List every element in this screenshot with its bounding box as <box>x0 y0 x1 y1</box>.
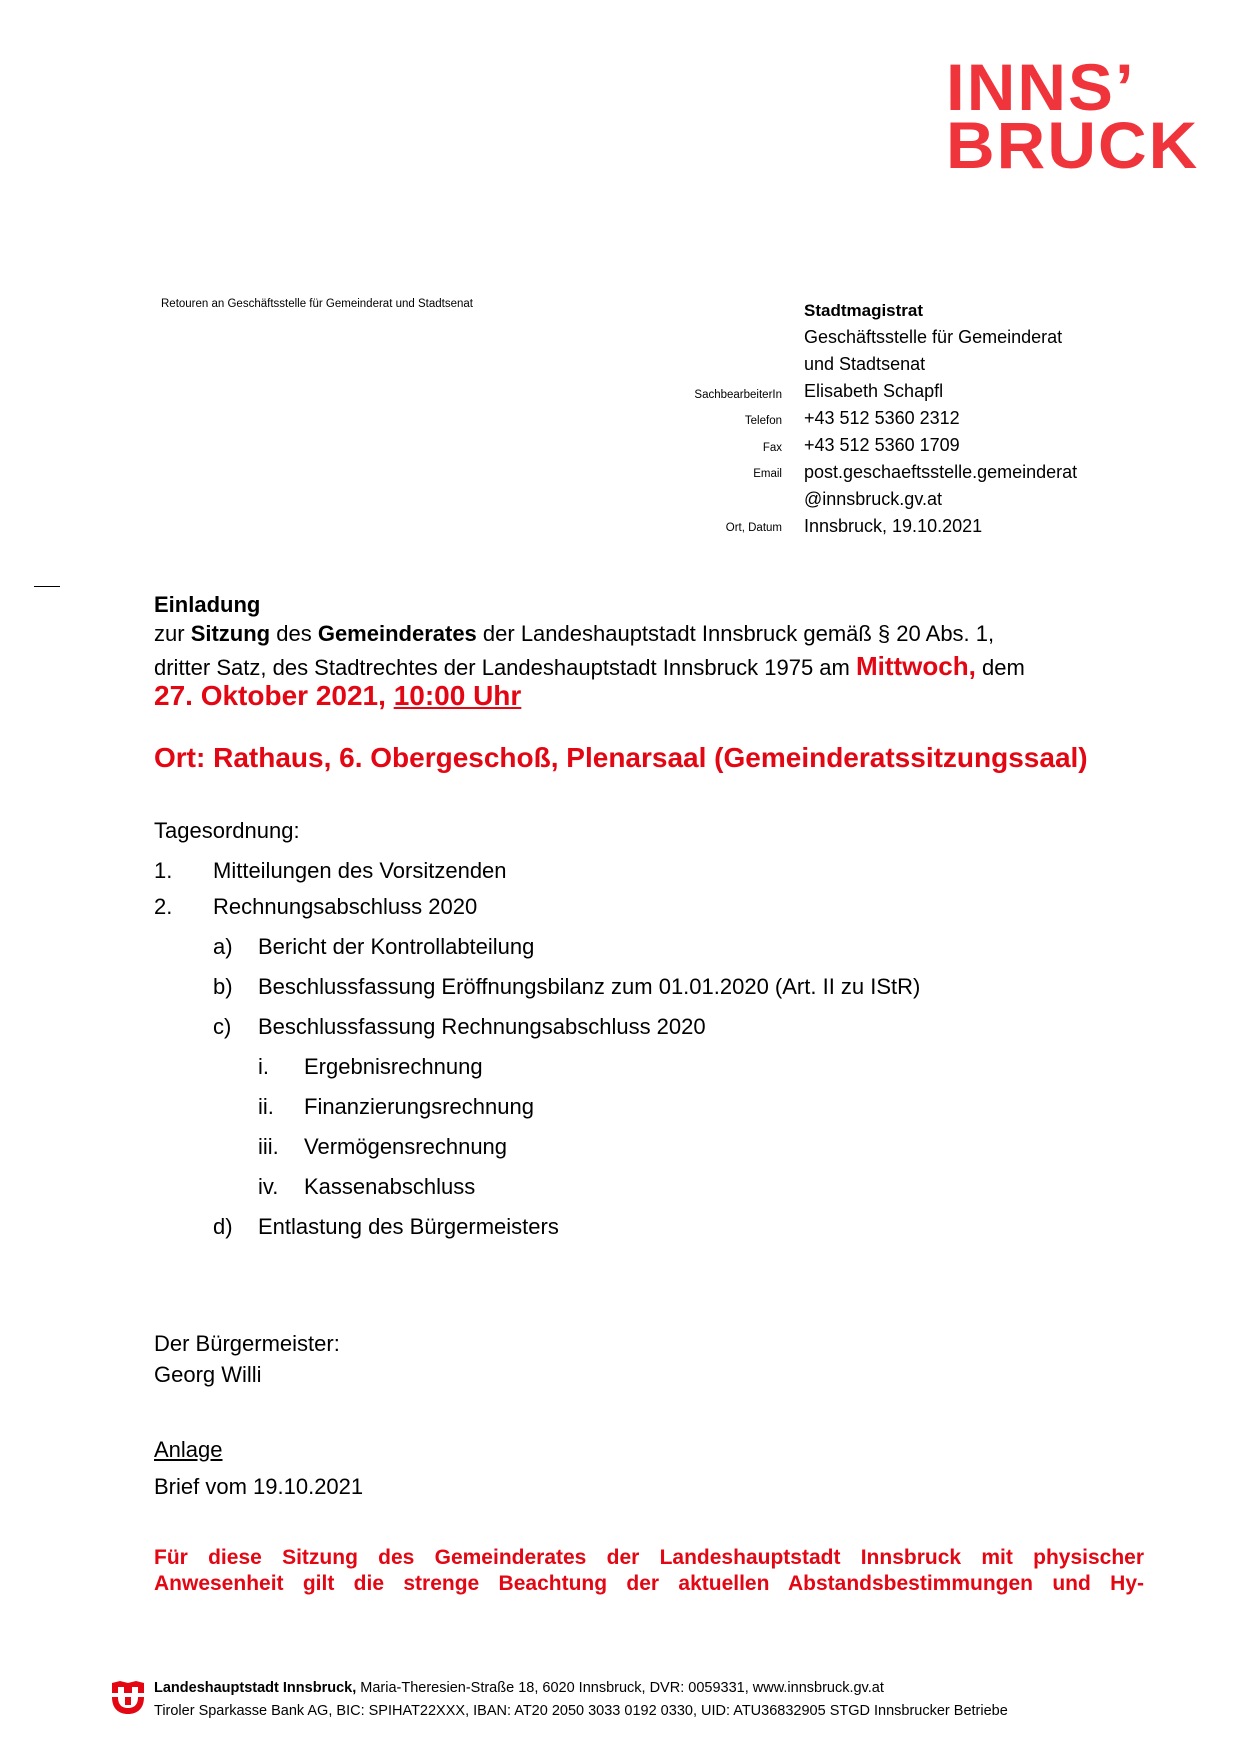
text: dritter Satz, des Stadtrechtes der Lande… <box>154 655 856 680</box>
attachment-label: Anlage <box>154 1437 223 1463</box>
label-clerk: SachbearbeiterIn <box>694 389 782 401</box>
text: des <box>270 621 318 646</box>
text-bold-gemeinderates: Gemeinderates <box>318 621 477 646</box>
label-phone: Telefon <box>745 415 782 427</box>
invitation-line-2: dritter Satz, des Stadtrechtes der Lande… <box>154 651 1025 682</box>
footer-org: Landeshauptstadt Innsbruck, <box>154 1680 356 1696</box>
agenda-text: Beschlussfassung Eröffnungsbilanz zum 01… <box>258 974 920 1000</box>
meeting-datetime: 27. Oktober 2021, 10:00 Uhr <box>154 680 521 712</box>
agenda-num: iv. <box>258 1174 278 1200</box>
footer-address: Maria-Theresien-Straße 18, 6020 Innsbruc… <box>356 1680 884 1696</box>
label-place-date: Ort, Datum <box>726 522 782 534</box>
agenda-text: Rechnungsabschluss 2020 <box>213 894 477 920</box>
signature-title: Der Bürgermeister: <box>154 1331 340 1357</box>
sender-dept-line-2: und Stadtsenat <box>804 351 1077 378</box>
label-fax: Fax <box>763 442 782 454</box>
text-bold-sitzung: Sitzung <box>191 621 270 646</box>
sender-place-date: Innsbruck, 19.10.2021 <box>804 513 1077 540</box>
return-address: Retouren an Geschäftsstelle für Gemeinde… <box>161 298 473 310</box>
agenda-num: ii. <box>258 1094 274 1120</box>
agenda-num: 1. <box>154 858 172 884</box>
agenda-text: Ergebnisrechnung <box>304 1054 483 1080</box>
agenda-title: Tagesordnung: <box>154 818 300 844</box>
signature-name: Georg Willi <box>154 1362 262 1388</box>
innsbruck-coat-of-arms-icon <box>110 1679 146 1715</box>
innsbruck-logo: INNS’ BRUCK <box>946 58 1199 174</box>
text: dem <box>976 655 1025 680</box>
meeting-time: 10:00 Uhr <box>394 680 522 711</box>
invitation-line-1: zur Sitzung des Gemeinderates der Landes… <box>154 621 994 647</box>
sender-email-line-2[interactable]: @innsbruck.gv.at <box>804 486 1077 513</box>
meeting-weekday: Mittwoch, <box>856 651 976 681</box>
agenda-num: i. <box>258 1054 269 1080</box>
footer-line-2: Tiroler Sparkasse Bank AG, BIC: SPIHAT22… <box>154 1703 1008 1719</box>
agenda-num: a) <box>213 934 233 960</box>
attachment-text: Brief vom 19.10.2021 <box>154 1474 363 1500</box>
agenda-num: c) <box>213 1014 231 1040</box>
agenda-num: b) <box>213 974 233 1000</box>
agenda-text: Finanzierungsrechnung <box>304 1094 534 1120</box>
sender-phone: +43 512 5360 2312 <box>804 405 1077 432</box>
meeting-location: Ort: Rathaus, 6. Obergeschoß, Plenarsaal… <box>154 742 1088 774</box>
notice-line-1: Für diese Sitzung des Gemeinderates der … <box>154 1545 1144 1571</box>
text: der Landeshauptstadt Innsbruck gemäß § 2… <box>477 621 994 646</box>
agenda-text: Entlastung des Bürgermeisters <box>258 1214 559 1240</box>
covid-notice: Für diese Sitzung des Gemeinderates der … <box>154 1545 1144 1597</box>
agenda-text: Vermögensrechnung <box>304 1134 507 1160</box>
sender-fax: +43 512 5360 1709 <box>804 432 1077 459</box>
invitation-heading: Einladung <box>154 592 260 618</box>
agenda-num: 2. <box>154 894 172 920</box>
agenda-num: iii. <box>258 1134 279 1160</box>
agenda-text: Mitteilungen des Vorsitzenden <box>213 858 507 884</box>
fold-mark <box>34 586 60 587</box>
notice-line-2: Anwesenheit gilt die strenge Beachtung d… <box>154 1571 1144 1597</box>
agenda-text: Bericht der Kontrollabteilung <box>258 934 534 960</box>
label-email: Email <box>753 468 782 480</box>
meeting-date: 27. Oktober 2021, <box>154 680 394 711</box>
sender-email-line-1[interactable]: post.geschaeftsstelle.gemeinderat <box>804 459 1077 486</box>
sender-clerk: Elisabeth Schapfl <box>804 378 1077 405</box>
agenda-text: Kassenabschluss <box>304 1174 475 1200</box>
agenda-num: d) <box>213 1214 233 1240</box>
sender-block: Stadtmagistrat Geschäftsstelle für Gemei… <box>804 297 1077 540</box>
footer-line-1: Landeshauptstadt Innsbruck, Maria-Theres… <box>154 1680 884 1696</box>
logo-line-2: BRUCK <box>946 116 1199 174</box>
sender-dept-line-1: Geschäftsstelle für Gemeinderat <box>804 324 1077 351</box>
sender-org: Stadtmagistrat <box>804 297 1077 324</box>
agenda-text: Beschlussfassung Rechnungsabschluss 2020 <box>258 1014 706 1040</box>
text: zur <box>154 621 191 646</box>
